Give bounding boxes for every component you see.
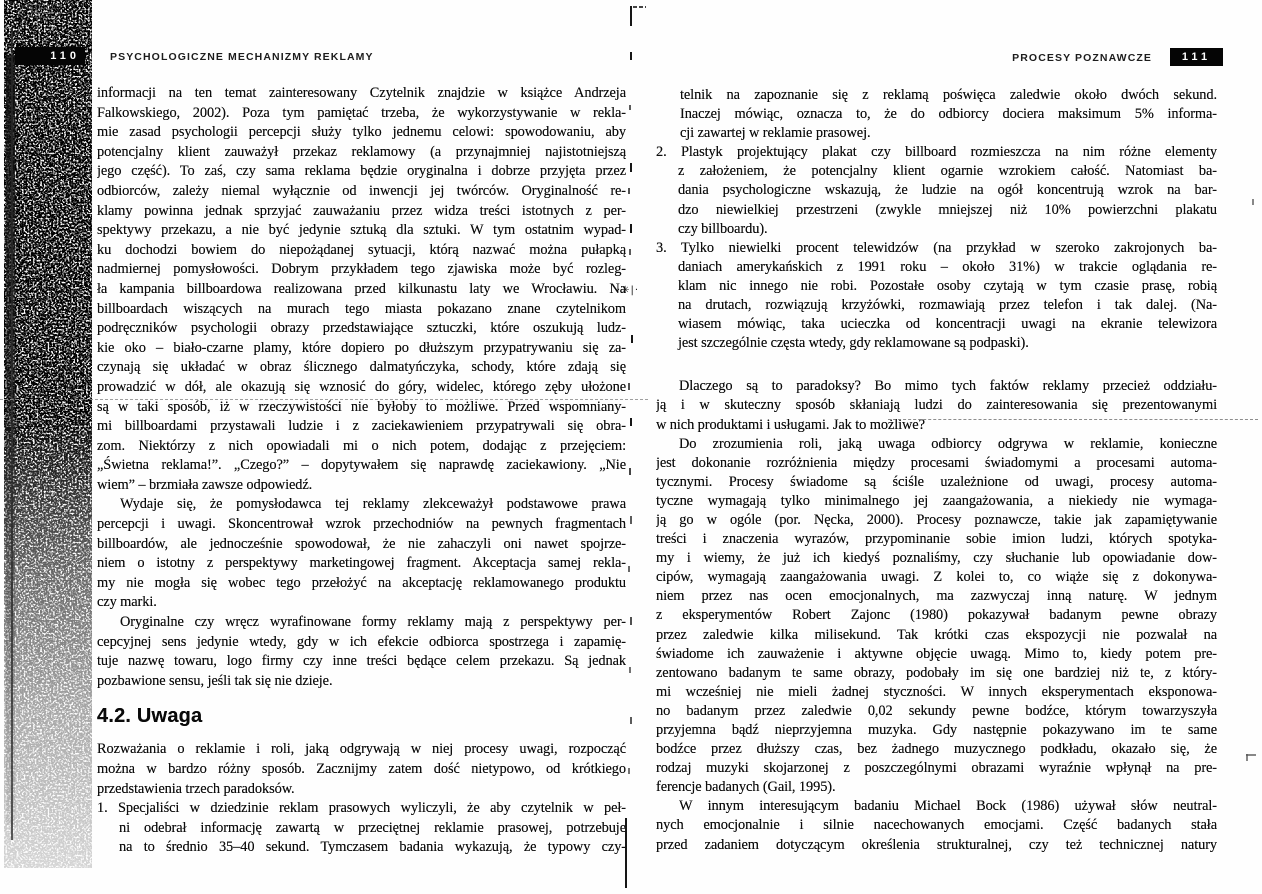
text-line: mi wcześniej nie mieli żadnej styczności… bbox=[656, 683, 1217, 702]
text-line: są w taki sposób, iż w rzeczywistości ni… bbox=[97, 398, 626, 418]
paragraph: W innym interesującym badaniu Michael Bo… bbox=[656, 797, 1217, 854]
text-line: zentowano badanym te same obrazy, podoba… bbox=[656, 664, 1217, 683]
paragraph: Dlaczego są to paradoksy? Bo mimo tych f… bbox=[656, 377, 1217, 434]
running-header-left: PSYCHOLOGICZNE MECHANIZMY REKLAMY bbox=[110, 51, 374, 63]
text-line: odbiorców, zależy niemal wyłącznie od in… bbox=[97, 182, 626, 202]
text-line: spektywy przekazu, a nie być jedynie szt… bbox=[97, 221, 626, 241]
text-line: daniach amerykańskich z 1991 roku – okoł… bbox=[656, 258, 1217, 277]
paragraph: Do zrozumienia roli, jaką uwaga odbiorcy… bbox=[656, 435, 1217, 798]
fold-corner-mark bbox=[633, 6, 646, 8]
text-line: cepcyjnej sens jedynie wtedy, gdy w ich … bbox=[97, 633, 626, 653]
text-line: Inaczej mówiąc, oznacza to, że do odbior… bbox=[680, 105, 1217, 124]
text-line: Do zrozumienia roli, jaką uwaga odbiorcy… bbox=[656, 435, 1217, 454]
text-line: Dlaczego są to paradoksy? Bo mimo tych f… bbox=[656, 377, 1217, 396]
fold-tick bbox=[630, 224, 632, 233]
fold-tick bbox=[630, 163, 632, 172]
text-line: niem przez nas ocen emocjonalnych, ma za… bbox=[656, 587, 1217, 606]
paragraph: Wydaje się, że pomysłodawca tej reklamy … bbox=[97, 495, 626, 613]
text-line: czy marki. bbox=[97, 593, 626, 613]
section-heading: 4.2. Uwaga bbox=[97, 705, 626, 727]
text-line: „Świetna reklama!”. „Czego?” – dopytywał… bbox=[97, 456, 626, 476]
text-line: z eksperymentów Robert Zajonc (1980) pok… bbox=[656, 606, 1217, 625]
fold-tick bbox=[630, 617, 632, 625]
fold-tick bbox=[629, 249, 631, 255]
text-line: telnik na zapoznanie się z reklamą poświ… bbox=[680, 86, 1217, 105]
text-line: Falkowskiego, 2002). Poza tym pamiętać t… bbox=[97, 104, 626, 124]
text-line: tyczne wymagają tylko minimalnego jej za… bbox=[656, 492, 1217, 511]
text-line: ją go w ogóle (por. Nęcka, 2000). Proces… bbox=[656, 511, 1217, 530]
scan-edge-noise bbox=[4, 0, 92, 868]
right-edge-corner-mark bbox=[1246, 754, 1248, 761]
text-line: klamy powinna jednak sprzyjać zauważaniu… bbox=[97, 202, 626, 222]
paragraph: Rozważania o reklamie i roli, jaką odgry… bbox=[97, 740, 626, 799]
fold-tick bbox=[630, 717, 632, 724]
text-line: Wydaje się, że pomysłodawca tej reklamy … bbox=[97, 495, 626, 515]
text-line: 2. Plastyk projektujący plakat czy billb… bbox=[656, 143, 1217, 162]
fold-tick bbox=[629, 667, 631, 673]
text-line: przez zaledwie kilka milisekund. Tak kró… bbox=[656, 626, 1217, 645]
text-line: informacji na ten temat zainteresowany C… bbox=[97, 84, 626, 104]
text-line: prowadzić w dół, ale okazują się wznosić… bbox=[97, 378, 626, 398]
text-line: W innym interesującym badaniu Michael Bo… bbox=[656, 797, 1217, 816]
text-line: ją i w skuteczny sposób skłaniają ludzi … bbox=[656, 396, 1217, 415]
text-line: ku dochodzi bowiem do niepożądanej sytua… bbox=[97, 241, 626, 261]
fold-tick bbox=[630, 516, 632, 524]
fold-tick bbox=[629, 468, 631, 475]
text-line: z założeniem, że potencjalny klient ogar… bbox=[656, 162, 1217, 181]
text-line: można w bardzo różny sposób. Zacznijmy z… bbox=[97, 760, 626, 780]
paragraph: Oryginalne czy wręcz wyrafinowane formy … bbox=[97, 613, 626, 691]
text-line: czy billboardu). bbox=[656, 220, 1217, 239]
numbered-list-item-1-continuation: telnik na zapoznanie się z reklamą poświ… bbox=[656, 86, 1217, 143]
text-line: ferencje badanych (Gail, 1995). bbox=[656, 778, 1217, 797]
text-line: wiasem mówiąc, taka ucieczka od koncentr… bbox=[656, 315, 1217, 334]
text-line: dzo niewielkiej przestrzeni (zwykle mnie… bbox=[656, 201, 1217, 220]
text-line: my i wiemy, że już ich kiedyś poznaliśmy… bbox=[656, 549, 1217, 568]
text-line: billboardów, ale jednocześnie spowodował… bbox=[97, 535, 626, 555]
text-line: zom. Niektórzy z nich opowiadali mi o ni… bbox=[97, 437, 626, 457]
text-line: pozbawione sensu, jeśli tak się nie dzie… bbox=[97, 672, 626, 692]
text-line: tycznymi. Procesy świadome są ściśle uza… bbox=[656, 473, 1217, 492]
text-line: przed zadaniem dotyczącym określenia str… bbox=[656, 836, 1217, 855]
numbered-list-item-1: 1. Specjaliści w dziedzinie reklam praso… bbox=[97, 799, 626, 858]
text-line: kie oko – biało-czarne plamy, które dopi… bbox=[97, 339, 626, 359]
text-line: jego część). To zaś, czy sama reklama bę… bbox=[97, 162, 626, 182]
text-line: cji zawartej w reklamie prasowej. bbox=[680, 124, 1217, 143]
book-scan-spread: 110 PSYCHOLOGICZNE MECHANIZMY REKLAMY PR… bbox=[0, 0, 1262, 894]
text-line: mi billboardami przystawali ludzie i z z… bbox=[97, 417, 626, 437]
text-line: jest szczególnie częsta wtedy, gdy rekla… bbox=[656, 334, 1217, 353]
text-line: przyjemna bądź nieprzyjemna muzyka. Gdy … bbox=[656, 721, 1217, 740]
text-line: klam nic innego nie robi. Pozostałe osob… bbox=[656, 277, 1217, 296]
text-line: 1. Specjaliści w dziedzinie reklam praso… bbox=[97, 799, 626, 819]
numbered-list-item-3: 3. Tylko niewielki procent telewidzów (n… bbox=[656, 239, 1217, 354]
fold-star-mark: ·✳|· bbox=[617, 285, 639, 296]
fold-tick bbox=[628, 768, 630, 774]
text-line: tuje nazwę towaru, logo firmy czy inne t… bbox=[97, 652, 626, 672]
text-line: billboardach wiszących na murach tego mi… bbox=[97, 300, 626, 320]
fold-tick bbox=[630, 52, 632, 60]
text-line: treści i znaczenia wyrazów, przypominani… bbox=[656, 530, 1217, 549]
text-line: dania psychologiczne wskazują, że ludzie… bbox=[656, 181, 1217, 200]
fold-bottom-line bbox=[625, 818, 627, 888]
text-line: czynają się układać w obraz ślicznego da… bbox=[97, 358, 626, 378]
running-header-right: PROCESY POZNAWCZE bbox=[952, 52, 1152, 64]
text-line: podręczników psychologii obrazy przedsta… bbox=[97, 319, 626, 339]
right-page-text-column: telnik na zapoznanie się z reklamą poświ… bbox=[656, 86, 1217, 855]
text-line: mie zasad psychologii percepcji służy ty… bbox=[97, 123, 626, 143]
text-line: przedstawienia trzech paradoksów. bbox=[97, 780, 626, 800]
right-edge-tick bbox=[1252, 199, 1254, 205]
text-line: ła kampania billboardowa realizowana prz… bbox=[97, 280, 626, 300]
text-line: percepcji i uwagi. Skoncentrował wzrok p… bbox=[97, 515, 626, 535]
fold-tick bbox=[628, 383, 630, 390]
text-line: nadmiernej pomysłowości. Dobrym przykład… bbox=[97, 260, 626, 280]
page-number-left: 110 bbox=[15, 47, 85, 65]
text-line: rodzaj muzyki skojarzonej z poszczególny… bbox=[656, 759, 1217, 778]
scan-dash-artifact-left bbox=[0, 399, 648, 400]
text-line: cipów, wymagają zaangażowania uwagi. Z k… bbox=[656, 568, 1217, 587]
text-line: Oryginalne czy wręcz wyrafinowane formy … bbox=[97, 613, 626, 633]
scan-dash-artifact-right bbox=[888, 419, 1258, 420]
fold-tick bbox=[629, 105, 631, 110]
text-line: bodźce przez dłuższy czas, bez żadnego m… bbox=[656, 740, 1217, 759]
fold-tick bbox=[628, 566, 630, 572]
fold-tick bbox=[628, 188, 630, 194]
scan-edge-line bbox=[11, 28, 13, 840]
numbered-list-item-2: 2. Plastyk projektujący plakat czy billb… bbox=[656, 143, 1217, 238]
text-line: potencjalny klient zauważył przekaz rekl… bbox=[97, 143, 626, 163]
text-line: my nie mogła się wobec tego przełożyć na… bbox=[97, 574, 626, 594]
paragraph-continuation: informacji na ten temat zainteresowany C… bbox=[97, 84, 626, 495]
page-number-right: 111 bbox=[1170, 48, 1223, 66]
text-line: na drutach, rozwiązują krzyżówki, rozmaw… bbox=[656, 296, 1217, 315]
left-page-text-column: informacji na ten temat zainteresowany C… bbox=[97, 84, 626, 858]
text-line: no badanym przez zaledwie 0,02 sekundy p… bbox=[656, 702, 1217, 721]
text-line: świadome ich zauważenie i aktywne objęci… bbox=[656, 645, 1217, 664]
text-line: niem o istotny z perspektywy marketingow… bbox=[97, 554, 626, 574]
right-edge-corner-mark bbox=[1246, 754, 1256, 756]
text-line: ni odebrał informację zawartą w przecięt… bbox=[97, 819, 626, 839]
fold-tick bbox=[631, 335, 633, 343]
text-line: na to średnio 35–40 sekund. Tymczasem ba… bbox=[97, 838, 626, 858]
text-line: wiem” – brzmiała zawsze odpowiedź. bbox=[97, 476, 626, 496]
fold-corner-mark bbox=[630, 6, 632, 26]
text-line: jest dokonanie rozróżnienia między proce… bbox=[656, 454, 1217, 473]
scan-corner-speckle bbox=[30, 3, 56, 19]
fold-tick bbox=[630, 418, 632, 426]
text-line: nych emocjonalnie i silnie nacechowanych… bbox=[656, 816, 1217, 835]
text-line: 3. Tylko niewielki procent telewidzów (n… bbox=[656, 239, 1217, 258]
text-line: Rozważania o reklamie i roli, jaką odgry… bbox=[97, 740, 626, 760]
